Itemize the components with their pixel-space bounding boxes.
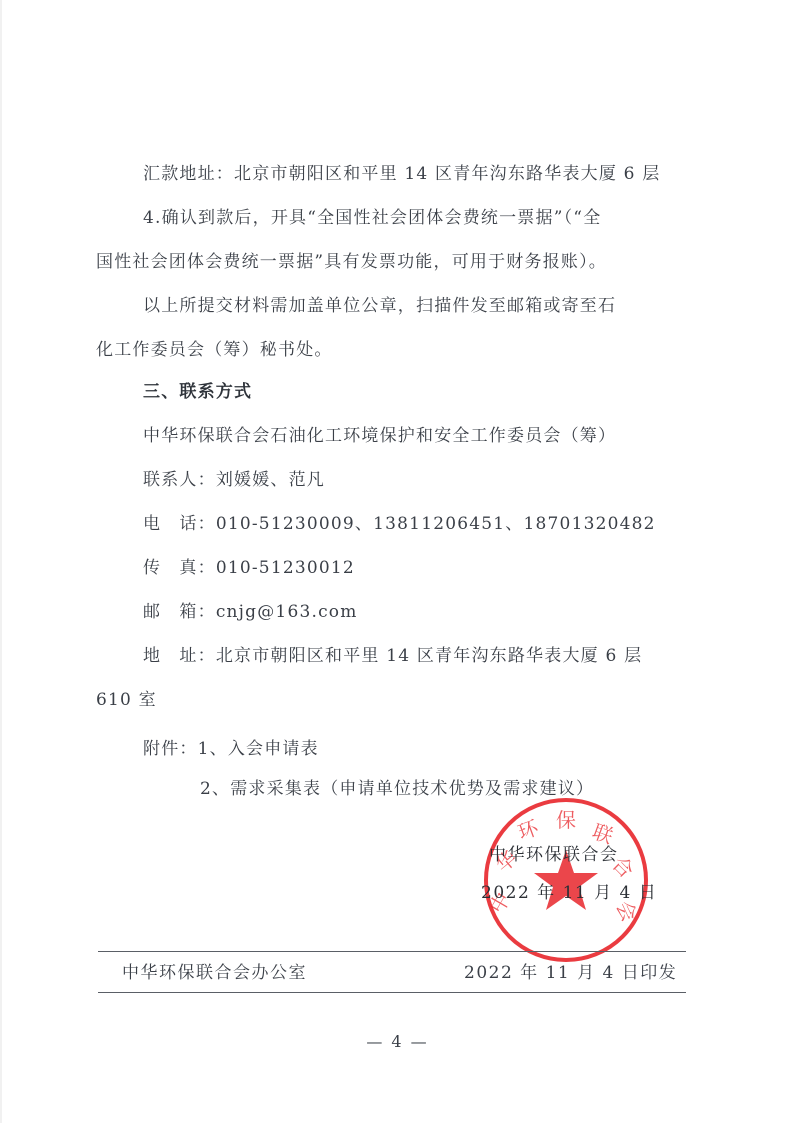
- contact-org: 中华环保联合会石油化工环境保护和安全工作委员会（筹）: [143, 425, 616, 447]
- contact-fax: 传 真：010-51230012: [143, 557, 355, 579]
- contact-email: 邮 箱：cnjg@163.com: [143, 601, 358, 623]
- contact-address-label: 地 址：: [143, 646, 216, 666]
- contact-address: 地 址：北京市朝阳区和平里 14 区青年沟东路华表大厦 6 层: [143, 645, 642, 667]
- page-number: — 4 —: [0, 1032, 795, 1051]
- document-page: 汇款地址：北京市朝阳区和平里 14 区青年沟东路华表大厦 6 层 4.确认到款后…: [0, 0, 795, 1123]
- contact-phone-label: 电 话：: [143, 514, 216, 534]
- signature-org: 中华环保联合会: [489, 840, 619, 865]
- scan-edge: [0, 0, 2, 1123]
- contact-phone: 电 话：010-51230009、13811206451、18701320482: [143, 513, 656, 535]
- section-heading: 三、联系方式: [143, 381, 252, 403]
- footer-top-rule: [98, 951, 686, 952]
- footer-issuer: 中华环保联合会办公室: [122, 958, 307, 983]
- contact-person-value: 刘媛媛、范凡: [216, 470, 325, 490]
- svg-text:保: 保: [556, 808, 576, 832]
- contact-email-label: 邮 箱：: [143, 602, 216, 622]
- attachment-item-1: 1、入会申请表: [198, 739, 319, 759]
- contact-person-label: 联系人：: [143, 470, 216, 490]
- item4-line2: 国性社会团体会费统一票据”具有发票功能，可用于财务报账）。: [96, 251, 607, 273]
- contact-phone-value: 010-51230009、13811206451、18701320482: [216, 514, 656, 534]
- footer-issue-date: 2022 年 11 月 4 日印发: [464, 958, 677, 983]
- item4-line1: 4.确认到款后，开具“全国性社会团体会费统一票据”（“全: [143, 207, 601, 229]
- footer-bottom-rule: [98, 992, 686, 993]
- remit-address: 汇款地址：北京市朝阳区和平里 14 区青年沟东路华表大厦 6 层: [143, 163, 660, 185]
- submit-line1: 以上所提交材料需加盖单位公章，扫描件发至邮箱或寄至石: [143, 295, 616, 317]
- contact-address-cont: 610 室: [96, 689, 157, 711]
- contact-person: 联系人：刘媛媛、范凡: [143, 469, 325, 491]
- attachments-line1: 附件：1、入会申请表: [143, 738, 319, 760]
- submit-line2: 化工作委员会（筹）秘书处。: [96, 339, 333, 361]
- attachments-label: 附件：: [143, 739, 198, 759]
- contact-fax-label: 传 真：: [143, 558, 216, 578]
- contact-email-value[interactable]: cnjg@163.com: [216, 602, 358, 622]
- contact-fax-value: 010-51230012: [216, 558, 355, 578]
- contact-address-value: 北京市朝阳区和平里 14 区青年沟东路华表大厦 6 层: [216, 646, 642, 666]
- signature-date: 2022 年 11 月 4 日: [481, 878, 657, 903]
